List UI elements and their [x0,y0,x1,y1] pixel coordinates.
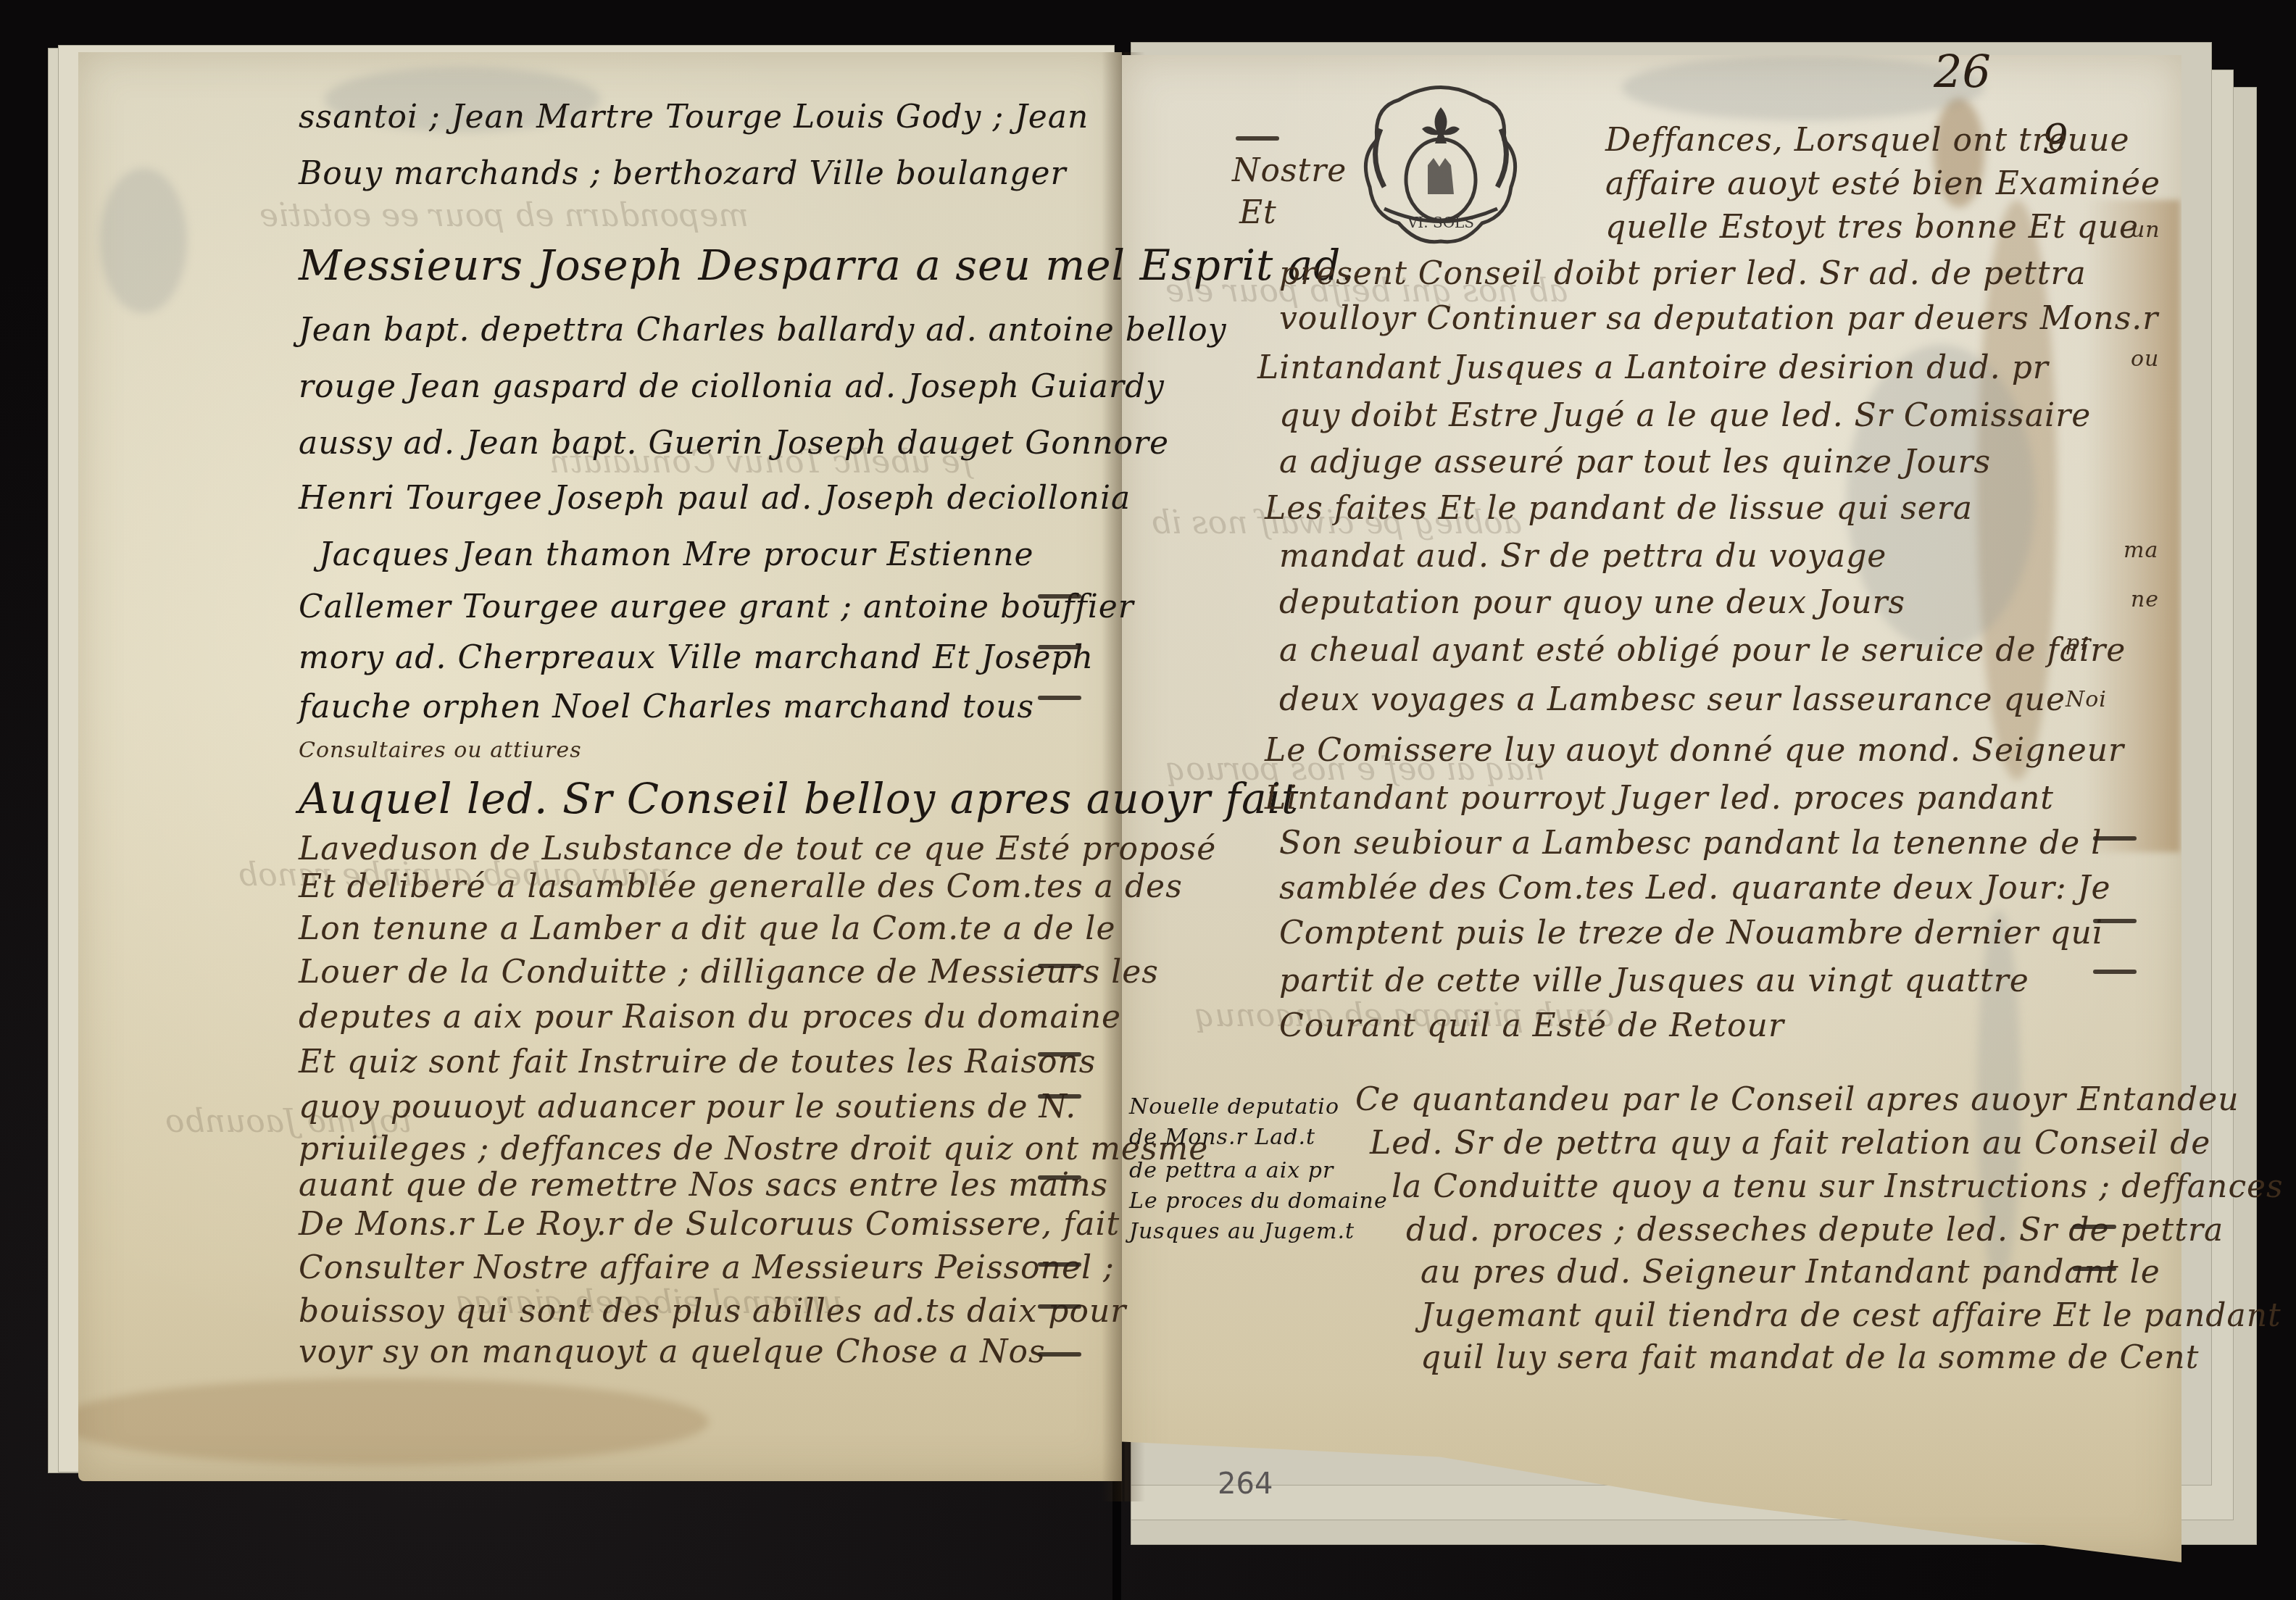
line-filler-dash [1038,645,1081,649]
text-line: affaire auoyt esté bien Examinée [1605,165,2160,202]
text-line: auant que de remettre Nos sacs entre les… [299,1167,1108,1204]
text-line: a adjuge asseuré par tout les quinze Jou… [1279,443,1991,480]
text-line: deux voyages a Lambesc seur lasseurance … [1279,681,2066,718]
margin-note-line: de Mons.r Lad.t [1129,1125,1315,1150]
edge-fragment: ma [2124,538,2158,563]
line-filler-dash [1038,1304,1081,1309]
text-line: voyr sy on manquoyt a quelque Chose a No… [299,1333,1046,1370]
text-line: Son seubiour a Lambesc pandant la tenenn… [1279,825,2102,862]
margin-word: Et [1239,194,1277,231]
edge-fragment: un [2131,217,2160,243]
text-line: Lintandant pourroyt Juger led. proces pa… [1265,780,2054,817]
text-line: Lintandant Jusques a Lantoire desirion d… [1257,349,2049,386]
text-line: Jean bapt. depettra Charles ballardy ad.… [299,312,1227,349]
text-line: voulloyr Continuer sa deputation par deu… [1279,300,2158,337]
text-line: Bouy marchands ; berthozard Ville boulan… [299,155,1067,192]
line-filler-dash [1038,1262,1081,1267]
text-line: quelle Estoyt tres bonne Et que [1605,209,2139,246]
margin-note-line: Nouelle deputatio [1129,1094,1339,1120]
text-line: Deffances, Lorsquel ont treuue [1605,122,2130,159]
text-line: rouge Jean gaspard de ciollonia ad. Jose… [299,368,1165,405]
text-line: bouissoy qui sont des plus abilles ad.ts… [299,1293,1126,1330]
line-filler-dash [1236,136,1279,141]
text-line: Les faites Et le pandant de lissue qui s… [1265,490,1973,527]
text-line: Et quiz sont fait Instruire de toutes le… [299,1043,1096,1080]
text-line: Consultaires ou attiures [299,738,582,763]
line-filler-dash [2093,919,2137,923]
text-line: Callemer Tourgee aurgee grant ; antoine … [299,588,1134,625]
margin-note-line: Le proces du domaine [1129,1188,1388,1214]
line-filler-dash [1038,1352,1081,1357]
line-filler-dash [1038,594,1081,599]
text-line: Comptent puis le treze de Nouambre derni… [1279,914,2103,951]
line-filler-dash [2093,970,2137,974]
text-line: Jacques Jean thamon Mre procur Estienne [319,536,1034,573]
text-line: Jugemant quil tiendra de cest affaire Et… [1421,1297,2282,1334]
text-line: Messieurs Joseph Desparra a seu mel Espr… [299,241,1355,290]
text-line: mandat aud. Sr de pettra du voyage [1279,538,1887,575]
text-line: present Conseil doibt prier led. Sr ad. … [1279,255,2087,292]
text-line: quy doibt Estre Jugé a le que led. Sr Co… [1279,397,2091,434]
text-line: priuileges ; deffances de Nostre droit q… [299,1130,1208,1167]
margin-word: Nostre [1232,152,1347,189]
text-line: quil luy sera fait mandat de la somme de… [1421,1339,2199,1376]
text-line: Et deliberé a lasamblée generalle des Co… [299,868,1183,905]
line-filler-dash [1038,1175,1081,1180]
archive-number: 264 [1218,1467,1273,1501]
text-line: ssantoi ; Jean Martre Tourge Louis Gody … [299,99,1089,136]
text-line: mory ad. Cherpreaux Ville marchand Et Jo… [299,639,1094,676]
line-filler-dash [2073,1267,2116,1271]
text-line: dud. proces ; desseches depute led. Sr d… [1406,1212,2224,1249]
text-line: Led. Sr de pettra quy a fait relation au… [1370,1125,2210,1162]
text-line: Consulter Nostre affaire a Messieurs Pei… [299,1249,1115,1286]
text-line: aussy ad. Jean bapt. Guerin Joseph dauge… [299,425,1169,462]
text-line: fauche orphen Noel Charles marchand tous [299,688,1034,725]
text-line: Henri Tourgee Joseph paul ad. Joseph dec… [299,480,1131,517]
margin-note-line: de pettra a aix pr [1129,1158,1334,1183]
text-line: Ce quantandeu par le Conseil apres auoyr… [1355,1081,2239,1118]
text-line: Louer de la Conduitte ; dilligance de Me… [299,954,1159,991]
folio-number: 26 [1934,45,1991,98]
line-filler-dash [1038,1052,1081,1057]
line-filler-dash [2093,836,2137,841]
text-line: Laveduson de Lsubstance de tout ce que E… [299,830,1216,867]
text-line: quoy pouuoyt aduancer pour le soutiens d… [299,1088,1076,1125]
line-filler-dash [1038,696,1081,700]
text-line: deputes a aix pour Raison du proces du d… [299,999,1121,1036]
bottom-water-damage [78,1378,709,1465]
text-line: De Mons.r Le Roy.r de Sulcoruus Comisser… [299,1206,1120,1243]
text-line: Courant quil a Esté de Retour [1279,1007,1784,1044]
line-filler-dash [2073,1225,2116,1229]
text-line: samblée des Com.tes Led. quarante deux J… [1279,870,2111,907]
water-stain [100,168,187,313]
tax-stamp: VI. SOLS [1355,78,1526,246]
edge-fragment: Noi [2066,687,2107,712]
text-line: la Conduitte quoy a tenu sur Instruction… [1392,1168,2284,1205]
fleur-de-lis-stamp-icon: VI. SOLS [1355,78,1526,246]
edge-fragment: ou [2131,346,2159,372]
text-line: Auquel led. Sr Conseil belloy apres auoy… [299,774,1299,823]
text-line: au pres dud. Seigneur Intandant pandant … [1421,1254,2160,1291]
text-line: a cheual ayant esté obligé pour le serui… [1279,632,2126,669]
text-line: Lon tenune a Lamber a dit que la Com.te … [299,910,1115,947]
text-line: partit de cette ville Jusques au vingt q… [1279,962,2029,999]
water-stain [1622,55,1984,120]
margin-note-line: Jusques au Jugem.t [1129,1219,1355,1244]
text-line: Le Comissere luy auoyt donné que mond. S… [1265,732,2124,769]
svg-text:VI. SOLS: VI. SOLS [1407,214,1474,231]
line-filler-dash [1038,1094,1081,1099]
edge-fragment: pr [2066,630,2092,656]
edge-fragment: ne [2131,587,2159,612]
line-filler-dash [1038,964,1081,968]
text-line: deputation pour quoy une deux Jours [1279,584,1905,621]
